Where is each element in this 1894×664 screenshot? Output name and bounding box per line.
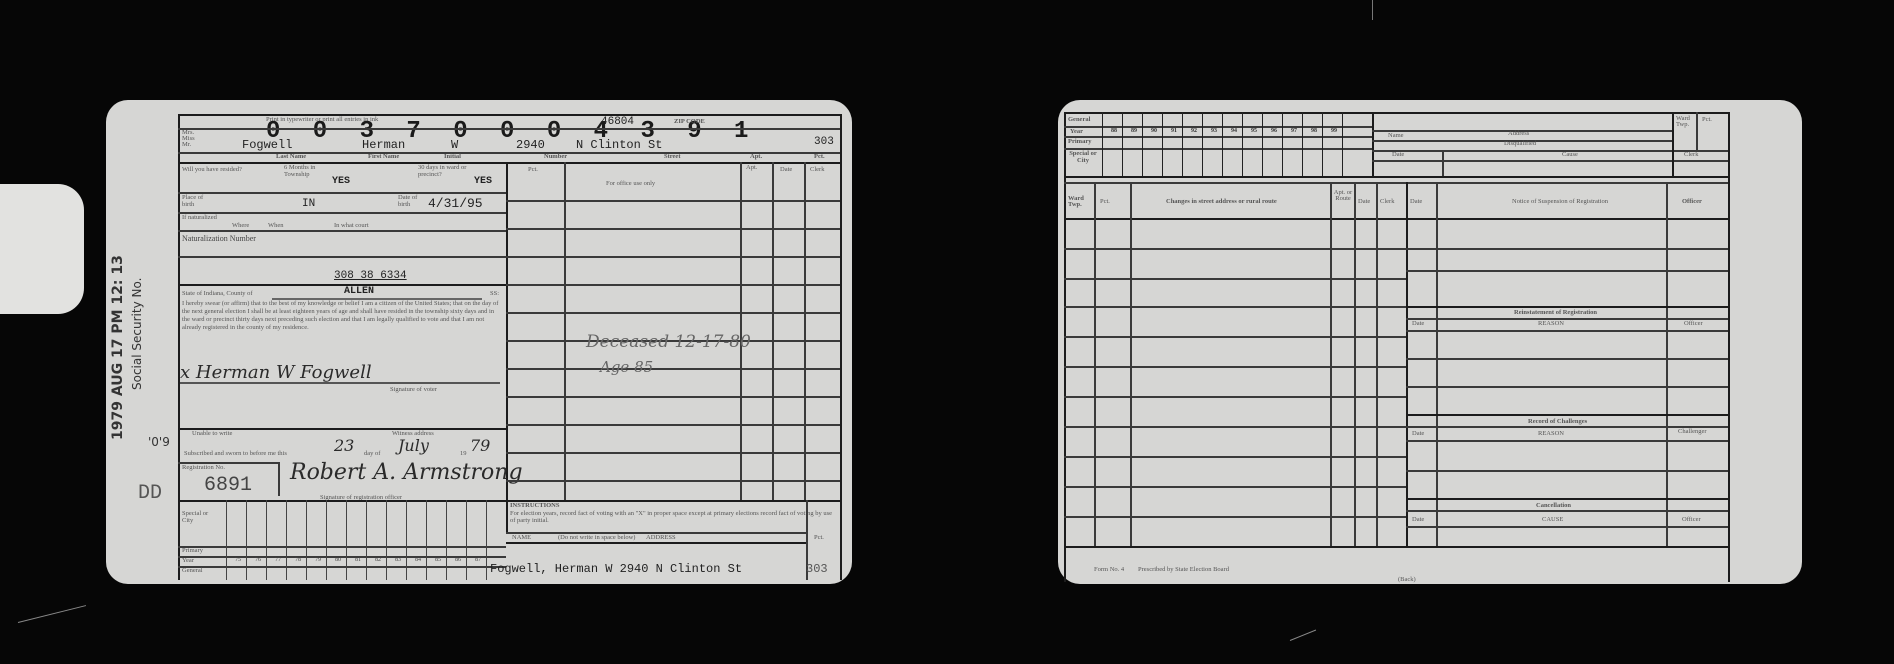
- label-name: Name: [1388, 132, 1404, 139]
- back-row-primary: Primary: [1068, 138, 1091, 145]
- zip-label: ZIP CODE: [674, 118, 705, 125]
- house-number: 2940: [516, 138, 545, 152]
- back-label: (Back): [1398, 576, 1416, 583]
- cancellation-officer-hdr: Officer: [1682, 516, 1701, 523]
- label-office-use: For office use only: [606, 180, 655, 187]
- film-scratch: [1290, 630, 1316, 641]
- voter-registration-card-back: General Year Primary Special or City 88 …: [1058, 100, 1802, 584]
- label-clerk-col: Clerk: [810, 166, 824, 173]
- back-year-grid: [1102, 112, 1362, 176]
- label-ward-twp-top: Ward Twp.: [1676, 116, 1694, 128]
- label-apt: Apt.: [750, 153, 762, 160]
- label-year-prefix: 19: [460, 450, 467, 457]
- margin-mark: '0'9: [148, 435, 170, 449]
- challenges-reason-hdr: REASON: [1538, 430, 1564, 437]
- grid-row-year: Year: [182, 557, 194, 564]
- back-year-labels: 88 89 90 91 92 93 94 95 96 97 98 99: [1104, 128, 1344, 134]
- label-number: Number: [544, 153, 567, 160]
- front-year-labels: 75 76 77 78 79 80 81 82 83 84 85 86 87: [228, 557, 488, 563]
- label-initial: Initial: [444, 153, 461, 160]
- grid-row-primary: Primary: [182, 547, 203, 554]
- label-disq-cause: Cause: [1562, 151, 1578, 158]
- precinct: 303: [814, 136, 834, 148]
- middle-initial: W: [451, 138, 458, 152]
- hdr-suspension-officer: Officer: [1682, 198, 1702, 205]
- label-pct-col: Pct.: [528, 166, 538, 173]
- label-street: Street: [664, 153, 680, 160]
- handwritten-age-note: Age 85: [600, 358, 653, 376]
- label-where: Where: [232, 222, 249, 229]
- label-apt-col: Apt.: [746, 164, 757, 171]
- first-name: Herman: [362, 138, 405, 152]
- back-row-general: General: [1068, 116, 1090, 123]
- label-pct-top: Pct.: [1702, 116, 1712, 123]
- label-footer-name: NAME: [512, 534, 531, 541]
- label-first-name: First Name: [368, 153, 399, 160]
- label-when: When: [268, 222, 284, 229]
- challenges-date-hdr: Date: [1412, 430, 1424, 437]
- hdr-pct: Pct.: [1100, 198, 1110, 205]
- street: N Clinton St: [576, 138, 662, 152]
- registration-number: 6891: [204, 474, 252, 497]
- margin-dd: DD: [138, 482, 162, 505]
- county: ALLEN: [344, 286, 374, 297]
- label-disqualified: Disqualified: [1504, 140, 1536, 147]
- date-of-birth: 4/31/95: [428, 196, 483, 211]
- microfilm-frame: 1979 AUG 17 PM 12: 13 Social Security No…: [0, 0, 1894, 664]
- instructions-text: For election years, record fact of votin…: [510, 510, 836, 524]
- label-footer-address: ADDRESS: [646, 534, 676, 541]
- label-do-not-write: (Do not write in space below): [558, 534, 635, 541]
- sworn-year: 79: [470, 436, 490, 455]
- back-row-year: Year: [1070, 128, 1083, 135]
- film-scratch: [1372, 0, 1373, 20]
- salutation-labels: Mrs. Miss Mr.: [182, 130, 195, 148]
- form-number: Form No. 4: [1094, 566, 1124, 573]
- challenges-title: Record of Challenges: [1528, 418, 1587, 425]
- label-registration-no: Registration No.: [182, 464, 225, 471]
- label-disq-clerk: Clerk: [1684, 151, 1698, 158]
- label-day-of: day of: [364, 450, 380, 457]
- sworn-month: July: [398, 436, 429, 455]
- reinstatement-officer-hdr: Officer: [1684, 320, 1703, 327]
- front-year-grid: [226, 500, 506, 580]
- ssn-margin-label: Social Security No.: [130, 278, 144, 390]
- prescribed-by: Prescribed by State Election Board: [1138, 566, 1229, 573]
- grid-row-special: Special or City: [182, 510, 212, 524]
- label-naturalization-number: Naturalization Number: [182, 234, 256, 243]
- label-if-naturalized: If naturalized: [182, 214, 217, 221]
- six-months-value: YES: [332, 176, 350, 187]
- hdr-ward-twp: Ward Twp.: [1068, 196, 1090, 208]
- hdr-changes: Changes in street address or rural route: [1166, 198, 1277, 205]
- film-tab: [0, 184, 84, 314]
- label-ss: SS:: [490, 290, 499, 297]
- cancellation-date-hdr: Date: [1412, 516, 1424, 523]
- zip-code: 46804: [601, 116, 634, 128]
- label-subscribed: Subscribed and sworn to before me this: [184, 450, 287, 457]
- label-state-county: State of Indiana, County of: [182, 290, 253, 297]
- instructions-title: INSTRUCTIONS: [510, 502, 560, 509]
- label-pct: Pct.: [814, 153, 825, 160]
- label-will-attain: Will you have resided?: [182, 166, 242, 173]
- label-unable-to-write: Unable to write: [192, 430, 232, 437]
- voter-registration-card-front: 1979 AUG 17 PM 12: 13 Social Security No…: [106, 100, 852, 584]
- last-name: Fogwell: [242, 138, 292, 152]
- label-in-what-court: In what court: [334, 222, 369, 229]
- label-address: Address: [1508, 130, 1529, 137]
- hdr-suspension-notice: Notice of Suspension of Registration: [1512, 198, 1608, 205]
- hdr-change-date: Date: [1358, 198, 1370, 205]
- challenges-challenger-hdr: Challenger: [1678, 428, 1707, 435]
- thirty-days-value: YES: [474, 176, 492, 187]
- place-of-birth: IN: [302, 198, 315, 210]
- hdr-apt-route: Apt. or Route: [1332, 190, 1354, 202]
- social-security-number: 308 38 6334: [334, 270, 407, 282]
- hdr-change-clerk: Clerk: [1380, 198, 1394, 205]
- label-last-name: Last Name: [276, 153, 306, 160]
- label-footer-pct: Pct.: [814, 534, 824, 541]
- handwritten-deceased-note: Deceased 12-17-80: [586, 332, 751, 352]
- officer-signature: Robert A. Armstrong: [290, 460, 523, 485]
- voter-signature: x Herman W Fogwell: [180, 362, 372, 383]
- cancellation-title: Cancellation: [1536, 502, 1571, 509]
- received-date-stamp: 1979 AUG 17 PM 12: 13: [110, 255, 126, 440]
- grid-row-general: General: [182, 567, 203, 574]
- reinstatement-title: Reinstatement of Registration: [1514, 309, 1597, 316]
- label-date-of-birth: Date of birth: [398, 194, 428, 208]
- label-signature-of-voter: Signature of voter: [390, 386, 437, 393]
- footer-name-address: Fogwell, Herman W 2940 N Clinton St: [490, 562, 742, 576]
- footer-precinct: 303: [806, 562, 828, 576]
- film-scratch: [18, 605, 86, 623]
- reinstatement-reason-hdr: REASON: [1538, 320, 1564, 327]
- back-row-special: Special or City: [1068, 150, 1098, 164]
- label-disq-date: Date: [1392, 151, 1404, 158]
- reinstatement-date-hdr: Date: [1412, 320, 1424, 327]
- oath-text: I hereby swear (or affirm) that to the b…: [182, 300, 502, 332]
- label-six-months: 6 Months in Township: [284, 164, 334, 178]
- label-place-of-birth: Place of birth: [182, 194, 212, 208]
- sworn-day: 23: [334, 436, 354, 455]
- cancellation-cause-hdr: CAUSE: [1542, 516, 1563, 523]
- hdr-suspension-date: Date: [1410, 198, 1422, 205]
- label-date-col: Date: [780, 166, 792, 173]
